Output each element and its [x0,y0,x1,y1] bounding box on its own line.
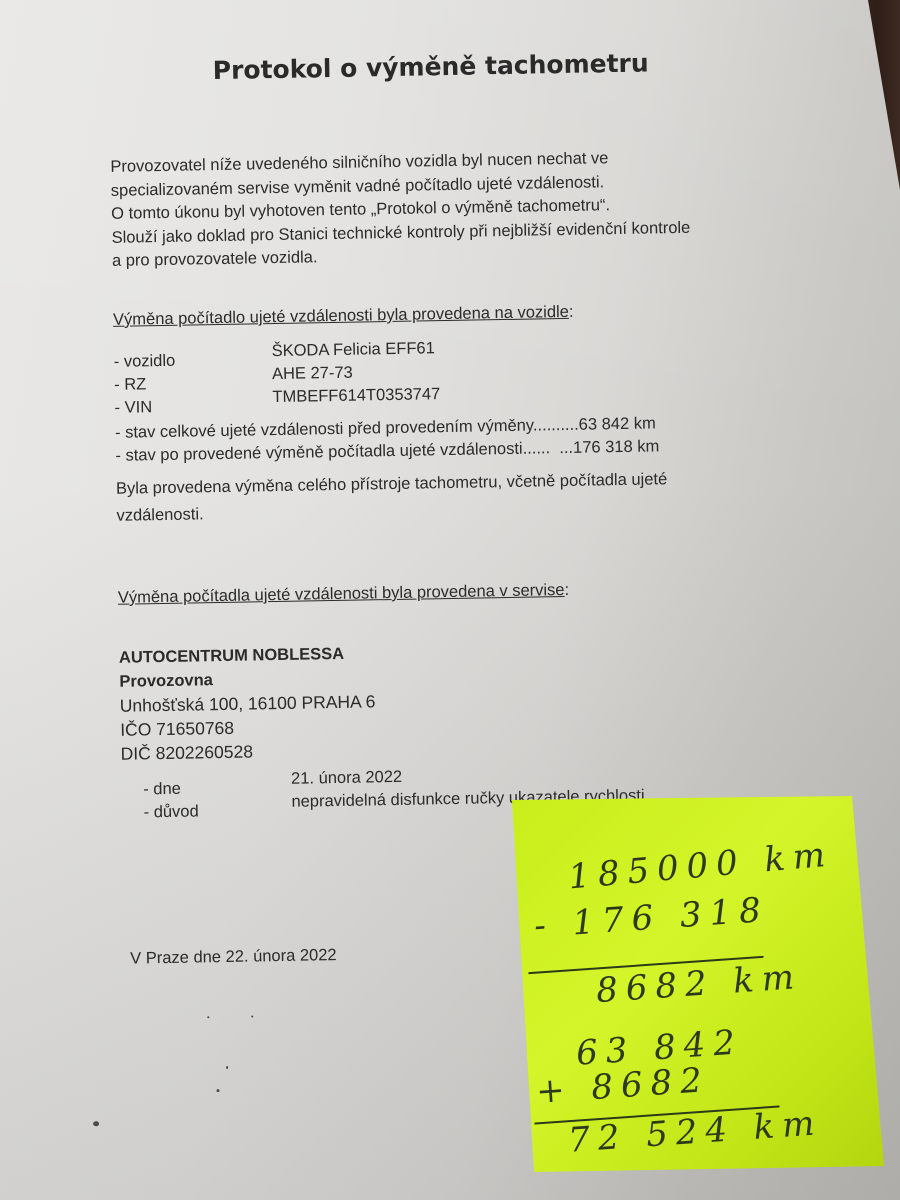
vehicle-details: - vozidlo ŠKODA Felicia EFF61 - RZ AHE 2… [114,353,115,422]
note-minuend: 185000 km [567,835,835,898]
service-name: AUTOCENTRUM NOBLESSA [119,641,375,669]
intro-paragraph: Provozovatel níže uvedeného silničního v… [110,145,752,274]
note-subtrahend: - 176 318 [533,890,770,946]
odometer-after: - stav po provedené výměně počítadla uje… [115,437,659,465]
sticky-note: 185000 km - 176 318 8682 km 63 842 + 868… [512,796,884,1172]
service-details: - dne 21. února 2022 - důvod nepravideln… [143,780,144,826]
service-address: Unhošťská 100, 16100 PRAHA 6 [120,689,376,717]
vehicle-section-heading: Výměna počítadlo ujeté vzdálenosti byla … [113,303,574,330]
service-company: AUTOCENTRUM NOBLESSA Provozovna Unhošťsk… [119,641,377,765]
document-title: Protokol o výměně tachometru [0,45,871,89]
place-and-date: V Praze dne 22. února 2022 [130,946,337,969]
service-dic: DIČ 8202260528 [120,737,376,765]
note-addend-2: + 8682 [535,1060,711,1112]
note-sum: 72 524 km [567,1103,824,1161]
replacement-note: Byla provedena výměna celého přístroje t… [116,465,757,530]
service-section-heading: Výměna počítadla ujeté vzdálenosti byla … [118,581,570,608]
